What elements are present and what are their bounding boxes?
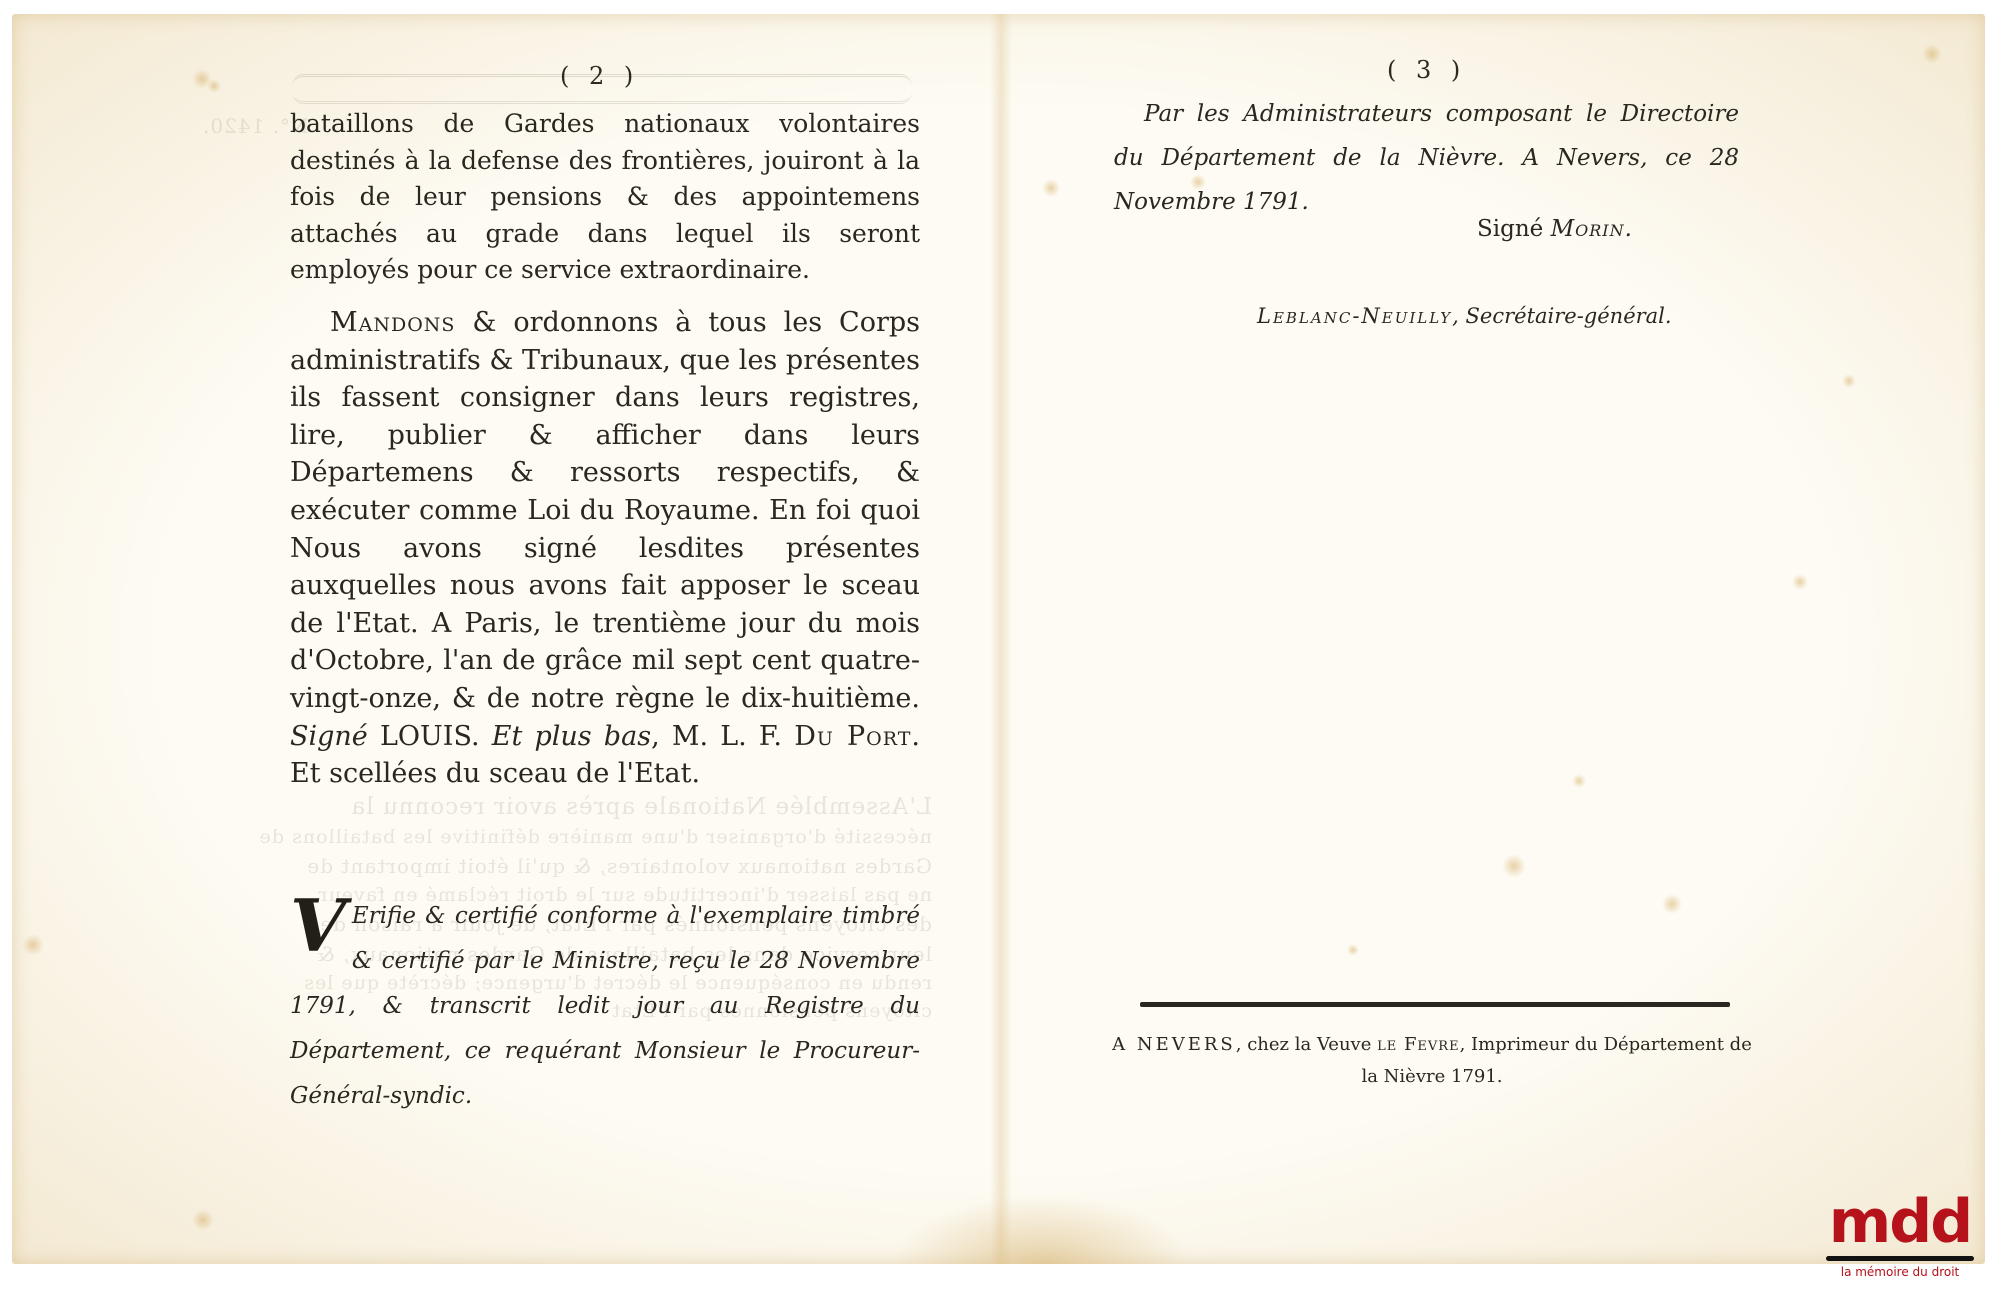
page-3: ( 3 ) Par les Administrateurs composant … bbox=[1012, 14, 1985, 1264]
imprint-text: , chez la Veuve bbox=[1236, 1034, 1377, 1055]
ghost-line: Gardes nationaux volontaires, & qu'il ét… bbox=[292, 854, 932, 878]
signatory-name: Morin. bbox=[1551, 216, 1633, 242]
document-sheet: N°. 1420. ( 2 ) bataillons de Gardes nat… bbox=[12, 14, 1985, 1264]
attribution-paragraph: Par les Administrateurs composant le Dir… bbox=[1114, 92, 1739, 224]
paragraph-text: bataillons de Gardes nationaux volontair… bbox=[290, 106, 920, 289]
center-fold bbox=[990, 14, 1012, 1264]
below-label: Et plus bas bbox=[492, 721, 651, 752]
king-signature: LOUIS. bbox=[368, 721, 480, 752]
countersign-initials: , M. L. F. bbox=[651, 721, 794, 752]
imprint-place: A NEVERS bbox=[1112, 1034, 1236, 1055]
logo-mark: mdd bbox=[1820, 1192, 1980, 1252]
signed-label: Signé bbox=[290, 721, 368, 752]
secretary-name: Leblanc-Neuilly bbox=[1257, 304, 1452, 328]
paragraph-mandons: Mandons & ordonnons à tous les Corps adm… bbox=[290, 304, 920, 793]
ghost-line: nécessité d'organiser d'une manière défi… bbox=[292, 826, 932, 848]
minister-name: Du Port bbox=[794, 721, 911, 752]
imprint-rule bbox=[1140, 1002, 1730, 1007]
paragraph-body: & ordonnons à tous les Corps administrat… bbox=[290, 307, 920, 714]
page-2: N°. 1420. ( 2 ) bataillons de Gardes nat… bbox=[12, 14, 990, 1264]
page-number: ( 3 ) bbox=[1387, 56, 1466, 84]
printer-name: le Fevre bbox=[1377, 1034, 1460, 1055]
ghost-line: L'Assemblée Nationale après avoir reconn… bbox=[292, 794, 932, 820]
paragraph-pension-clause: bataillons de Gardes nationaux volontair… bbox=[290, 106, 920, 289]
logo-tagline: la mémoire du droit bbox=[1820, 1265, 1980, 1279]
mdd-logo: mdd la mémoire du droit bbox=[1820, 1192, 1980, 1279]
certification-text: Erifie & certifié conforme à l'exemplair… bbox=[290, 903, 920, 1109]
signed-label: Signé bbox=[1477, 216, 1543, 242]
signature-morin: Signé Morin. bbox=[1477, 216, 1633, 242]
secretary-title: , Secrétaire-général. bbox=[1452, 304, 1671, 328]
certification-paragraph: V Erifie & certifié conforme à l'exempla… bbox=[290, 894, 920, 1119]
page-number: ( 2 ) bbox=[560, 62, 639, 90]
drop-cap-v: V bbox=[290, 896, 346, 956]
smallcaps-lead: Mandons bbox=[330, 307, 455, 338]
printer-imprint: A NEVERS, chez la Veuve le Fevre, Imprim… bbox=[1112, 1029, 1752, 1093]
paragraph-text: Mandons & ordonnons à tous les Corps adm… bbox=[290, 304, 920, 793]
secretary-line: Leblanc-Neuilly, Secrétaire-général. bbox=[1257, 304, 1672, 328]
attribution-text: Par les Administrateurs composant le Dir… bbox=[1114, 92, 1739, 224]
